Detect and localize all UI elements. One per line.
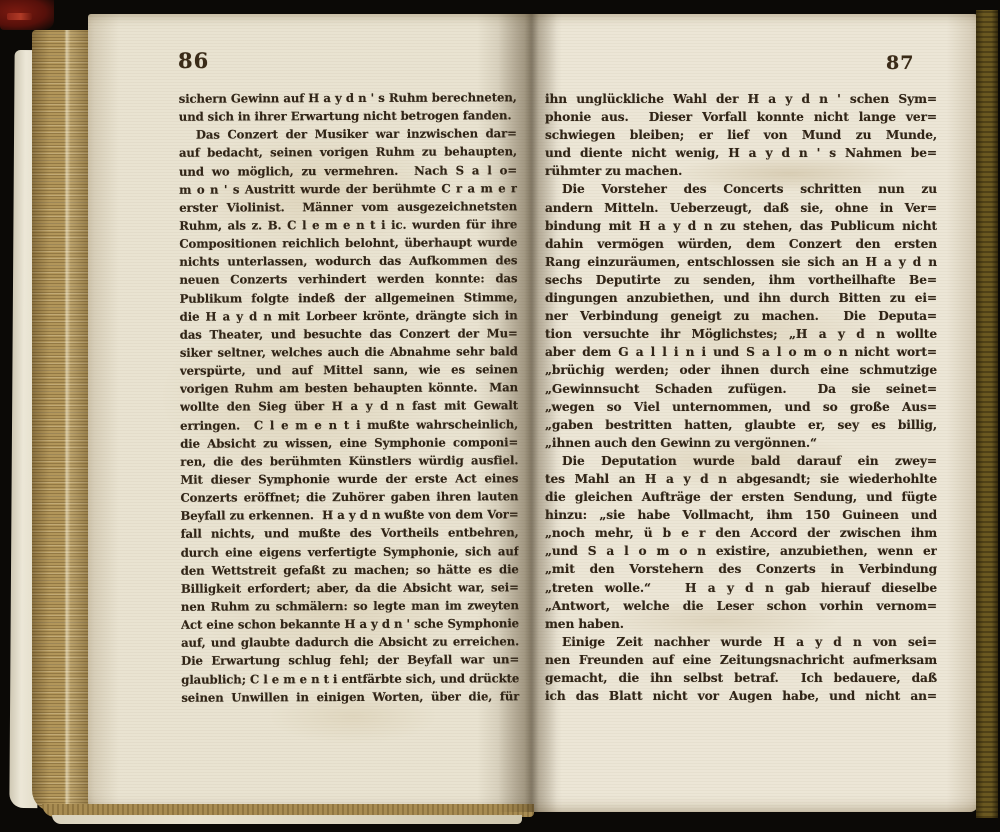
bottom-page-edge-white xyxy=(52,815,522,824)
text-line: verspürte, und auf Mittel sann, wie es s… xyxy=(180,360,518,380)
left-page-text-column: sichern Gewinn auf H a y d n ' s Ruhm be… xyxy=(179,88,520,706)
text-line: den Wettstreit gefaßt zu machen; so hätt… xyxy=(181,560,519,580)
text-line: „mit den Vorstehern des Conzerts in Verb… xyxy=(545,560,937,578)
text-line: neuen Conzerts verhindert werden konnte:… xyxy=(179,270,517,290)
text-line: fall nichts, und mußte des Vortheils ent… xyxy=(181,524,519,544)
text-line: aber dem G a l l i n i und S a l o m o n… xyxy=(545,343,937,361)
text-line: Einige Zeit nachher wurde H a y d n von … xyxy=(545,633,937,651)
text-line: Compositionen reichlich belohnt, überhau… xyxy=(179,233,517,253)
text-line: Die Vorsteher des Concerts schritten nun… xyxy=(545,180,937,198)
text-line: „Gewinnsucht Schaden zufügen. Da sie sei… xyxy=(545,380,937,398)
text-line: Publikum folgte indeß der allgemeinen St… xyxy=(180,288,518,308)
text-line: andern Mitteln. Ueberzeugt, daß sie, ohn… xyxy=(545,199,937,217)
text-line: schwiegen bleiben; er lief von Mund zu M… xyxy=(545,126,937,144)
text-line: wollte den Sieg über H a y d n fast mit … xyxy=(180,397,518,417)
text-line: ren, die des berühmten Künstlers würdig … xyxy=(180,451,518,471)
book-scan-photo: 86 87 sichern Gewinn auf H a y d n ' s R… xyxy=(0,0,1000,832)
text-line: Billigkeit erfordert; aber, da die Absic… xyxy=(181,578,519,598)
text-line: Act eine schon bekannte H a y d n ' sche… xyxy=(181,614,519,634)
text-line: Conzerts eröffnet; die Zuhörer gaben ihr… xyxy=(180,487,518,507)
text-line: siker seltner, welches auch die Abnahme … xyxy=(180,342,518,362)
text-line: dingungen anzubiethen, und ihn durch Bit… xyxy=(545,289,937,307)
text-line: men haben. xyxy=(545,615,937,633)
text-line: glaublich; C l e m e n t i entfärbte sic… xyxy=(181,669,519,689)
text-line: Das Conzert der Musiker war inzwischen d… xyxy=(179,125,517,145)
text-line: sichern Gewinn auf H a y d n ' s Ruhm be… xyxy=(179,88,517,108)
page-number-left: 86 xyxy=(178,48,209,73)
text-line: phonie aus. Dieser Vorfall konnte nicht … xyxy=(545,108,937,126)
text-line: ner Verbindung geneigt zu machen. Die De… xyxy=(545,307,937,325)
text-line: vorigen Ruhm am besten behaupten könnte.… xyxy=(180,379,518,399)
text-line: bindung mit H a y d n zu stehen, das Pub… xyxy=(545,217,937,235)
text-line: m o n ' s Austritt wurde der berühmte C … xyxy=(179,179,517,199)
text-line: Die Deputation wurde bald darauf ein zwe… xyxy=(545,452,937,470)
spine-red-label-dash xyxy=(7,13,32,20)
text-line: Rang einzuräumen, entschlossen sie sich … xyxy=(545,253,937,271)
text-line: „ihnen auch den Gewinn zu vergönnen.“ xyxy=(545,434,937,452)
text-line: Ruhm, als z. B. C l e m e n t i ic. wurd… xyxy=(179,215,517,235)
text-line: nichts unterlassen, wodurch das Aufkomme… xyxy=(179,252,517,272)
text-line: Die Erwartung schlug fehl; der Beyfall w… xyxy=(181,651,519,671)
text-line: „gaben bestritten hatten, glaubte er, se… xyxy=(545,416,937,434)
text-line: tes Mahl an H a y d n abgesandt; sie wie… xyxy=(545,470,937,488)
right-page-text-column: ihn unglückliche Wahl der H a y d n ' sc… xyxy=(545,90,937,705)
text-line: „brüchig werden; oder ihnen durch eine s… xyxy=(545,361,937,379)
text-line: „wegen so Viel unternommen, und so große… xyxy=(545,398,937,416)
text-line: „und S a l o m o n existire, anzubiethen… xyxy=(545,542,937,560)
text-line: rühmter zu machen. xyxy=(545,162,937,180)
text-line: sechs Deputirte zu senden, ihm vortheilh… xyxy=(545,271,937,289)
text-line: ihn unglückliche Wahl der H a y d n ' sc… xyxy=(545,90,937,108)
text-line: nen Ruhm zu schmälern: so legte man im z… xyxy=(181,596,519,616)
text-line: „treten wolle.“ H a y d n gab hierauf di… xyxy=(545,579,937,597)
text-line: „noch mehr, ü b e r den Accord der zwisc… xyxy=(545,524,937,542)
text-line: die H a y d n mit Lorbeer krönte, drängt… xyxy=(180,306,518,326)
text-line: Mit dieser Symphonie wurde der erste Act… xyxy=(180,469,518,489)
text-line: erster Violinist. Männer vom ausgezeichn… xyxy=(179,197,517,217)
page-number-right: 87 xyxy=(886,52,914,74)
text-line: die Absicht zu wissen, eine Symphonie co… xyxy=(180,433,518,453)
text-line: „Antwort, welche die Leser schon vorhin … xyxy=(545,597,937,615)
text-line: gemacht, die ihn selbst betraf. Ich beda… xyxy=(545,669,937,687)
text-line: tion versuchte ihr Möglichstes; „H a y d… xyxy=(545,325,937,343)
text-line: und sich in ihrer Erwartung nicht betrog… xyxy=(179,106,517,126)
text-line: und wo möglich, zu vermehren. Nach S a l… xyxy=(179,161,517,181)
text-line: durch eine eigens verfertigte Symphonie,… xyxy=(181,542,519,562)
text-line: ich das Blatt nicht vor Augen habe, und … xyxy=(545,687,937,705)
text-line: Beyfall zu erkennen. H a y d n wußte von… xyxy=(180,505,518,525)
text-line: die gleichen Aufträge der ersten Sendung… xyxy=(545,488,937,506)
text-line: und diente nicht wenig, H a y d n ' s Na… xyxy=(545,144,937,162)
text-line: dahin vermögen würden, dem Conzert den e… xyxy=(545,235,937,253)
text-line: das Theater, und besuchte das Conzert de… xyxy=(180,324,518,344)
text-line: auf bedacht, seinen vorigen Ruhm zu beha… xyxy=(179,143,517,163)
left-fore-edge-band xyxy=(32,30,94,812)
right-cover-edge xyxy=(976,10,998,818)
text-line: nen Freunden auf eine Zeitungsnachricht … xyxy=(545,651,937,669)
text-line: erringen. C l e m e n t i mußte wahrsche… xyxy=(180,415,518,435)
text-line: hinzu: „sie habe Vollmacht, ihm 150 Guin… xyxy=(545,506,937,524)
text-line: seinen Unwillen in einigen Worten, über … xyxy=(181,687,519,707)
text-line: auf, und glaubte dadurch die Absicht zu … xyxy=(181,632,519,652)
